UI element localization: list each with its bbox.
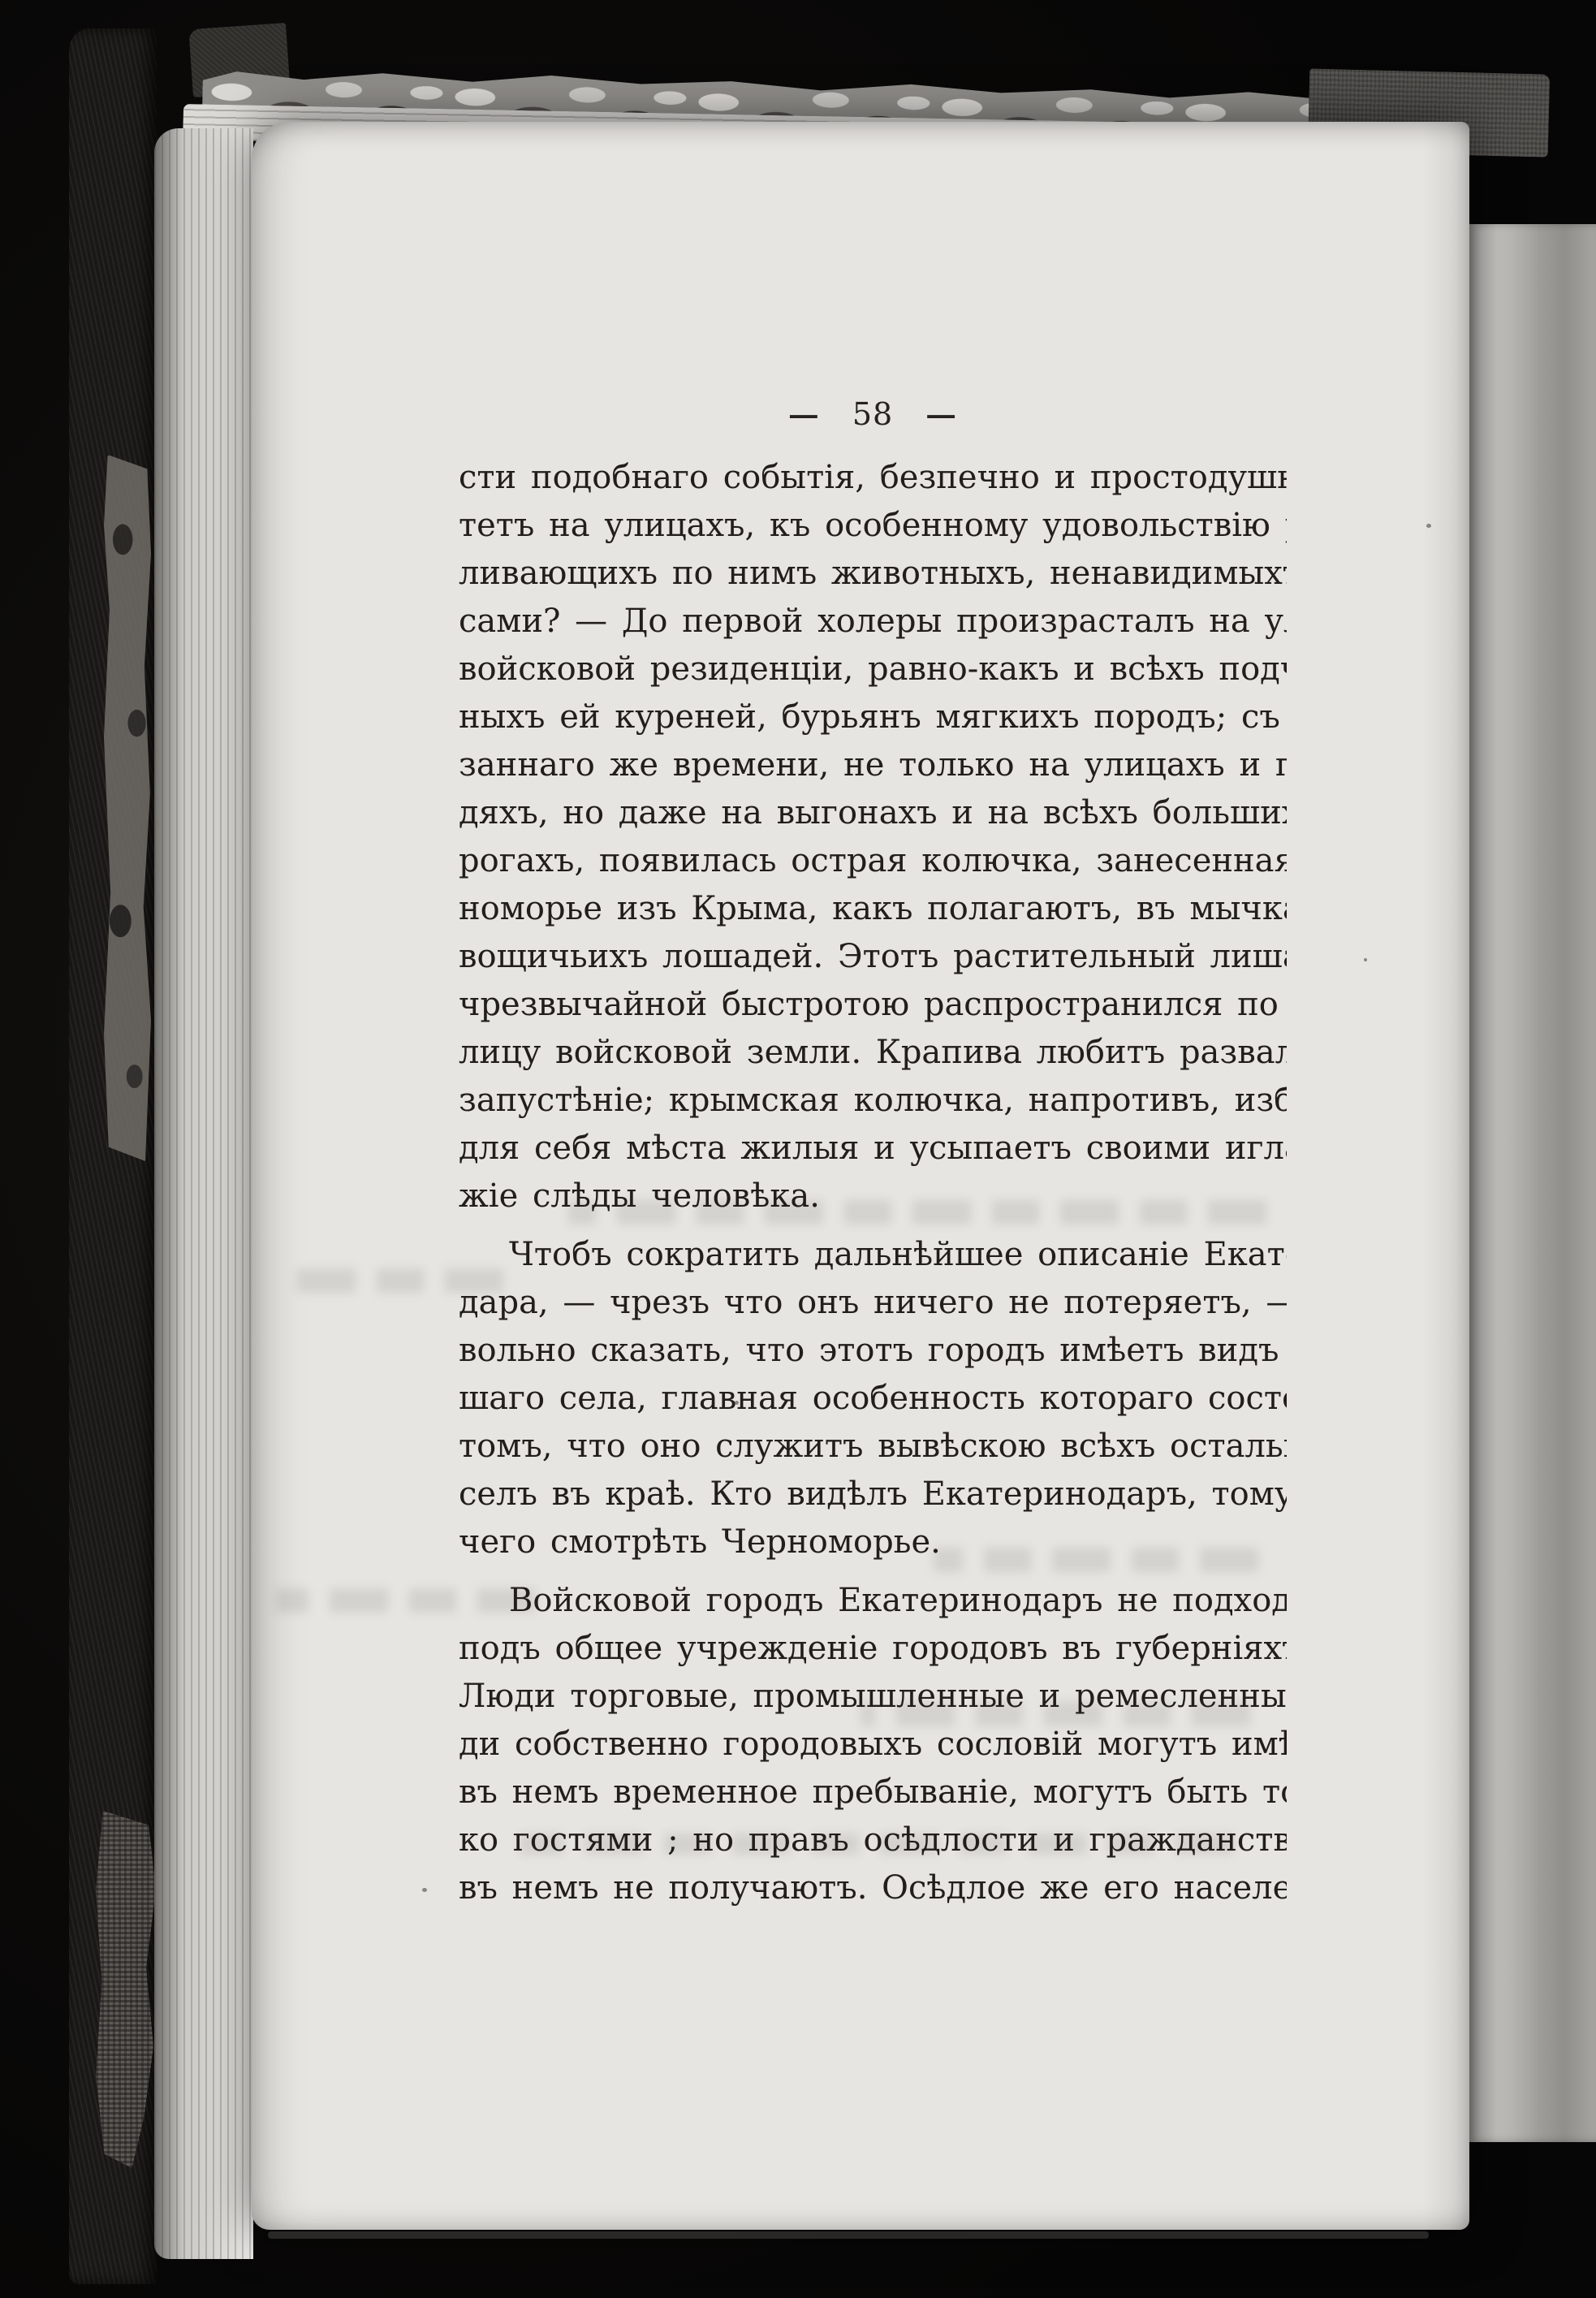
text-line: номорье изъ Крыма, какъ полагаютъ, въ мы…	[459, 885, 1287, 933]
text-line: сти подобнаго событія, безпечно и просто…	[459, 454, 1287, 502]
body-text: сти подобнаго событія, безпечно и просто…	[459, 454, 1287, 1912]
text-line: подъ общее учрежденіе городовъ въ губерн…	[459, 1625, 1287, 1673]
text-line: Чтобъ сократить дальнѣйшее описаніе Екат…	[459, 1231, 1287, 1279]
spine-marbled-patch	[104, 455, 151, 1161]
paragraph: Войсковой городъ Екатеринодаръ не подход…	[459, 1577, 1287, 1912]
page-bottom-edge	[268, 2231, 1429, 2239]
text-line: запустѣніе; крымская колючка, напротивъ,…	[459, 1077, 1287, 1125]
book-scan-photo: — 58 — сти подобнаго событія, безпечно и…	[0, 0, 1596, 2298]
text-line: селъ въ краѣ. Кто видѣлъ Екатеринодаръ, …	[459, 1471, 1287, 1518]
text-line: дара, — чрезъ что онъ ничего не потеряет…	[459, 1279, 1287, 1327]
text-line: вольно сказать, что этотъ городъ имѣетъ …	[459, 1327, 1287, 1375]
text-line: въ немъ не получаютъ. Осѣдлое же его нас…	[459, 1864, 1287, 1912]
text-line: въ немъ временное пребываніе, могутъ быт…	[459, 1769, 1287, 1816]
text-line: ныхъ ей куреней, бурьянъ мягкихъ породъ;…	[459, 693, 1287, 741]
text-line: ливающихъ по нимъ животныхъ, ненавидимых…	[459, 550, 1287, 598]
page-number: 58	[852, 396, 893, 432]
text-line: томъ, что оно служитъ вывѣскою всѣхъ ост…	[459, 1423, 1287, 1471]
text-line: ко гостями ; но правъ осѣдлости и гражда…	[459, 1816, 1287, 1864]
text-line: шаго села, главная особенность котораго …	[459, 1375, 1287, 1423]
book-page: — 58 — сти подобнаго событія, безпечно и…	[252, 122, 1469, 2230]
paragraph: сти подобнаго событія, безпечно и просто…	[459, 454, 1287, 1220]
page-header: — 58 —	[459, 395, 1287, 433]
text-line: лицу войсковой земли. Крапива любитъ раз…	[459, 1029, 1287, 1077]
header-dash-left: —	[788, 399, 820, 430]
page-text-area: — 58 — сти подобнаго событія, безпечно и…	[252, 122, 1080, 1912]
text-line: Войсковой городъ Екатеринодаръ не подход…	[459, 1577, 1287, 1625]
page-fold-shadow	[1422, 122, 1469, 2230]
text-line: для себя мѣста жилыя и усыпаетъ своими и…	[459, 1125, 1287, 1173]
text-line: ди собственно городовыхъ сословій могутъ…	[459, 1721, 1287, 1769]
text-line: жіе слѣды человѣка.	[459, 1173, 1287, 1220]
header-dash-right: —	[925, 399, 957, 430]
text-line: заннаго же времени, не только на улицахъ…	[459, 741, 1287, 789]
text-line: дяхъ, но даже на выгонахъ и на всѣхъ бол…	[459, 789, 1287, 837]
text-line: войсковой резиденціи, равно-какъ и всѣхъ…	[459, 646, 1287, 693]
text-line: тетъ на улицахъ, къ особенному удовольст…	[459, 502, 1287, 550]
text-line: вощичьихъ лошадей. Этотъ растительный ли…	[459, 933, 1287, 981]
fore-edge-shadow-band	[1469, 224, 1596, 2142]
text-line: рогахъ, появилась острая колючка, занесе…	[459, 837, 1287, 885]
text-line: Люди торговые, промышленные и ремесленны…	[459, 1673, 1287, 1721]
paragraph: Чтобъ сократить дальнѣйшее описаніе Екат…	[459, 1231, 1287, 1566]
dust-speck	[1364, 958, 1367, 961]
page-edge-stack-left	[154, 128, 253, 2259]
text-line: сами? — До первой холеры произрасталъ на…	[459, 598, 1287, 646]
text-line: чрезвычайной быстротою распространился п…	[459, 981, 1287, 1029]
text-line: чего смотрѣть Черноморье.	[459, 1518, 1287, 1566]
